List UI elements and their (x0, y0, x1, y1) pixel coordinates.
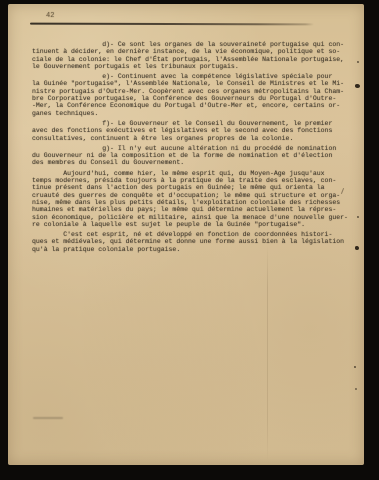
ink-spot (357, 61, 359, 63)
ink-spot (355, 246, 359, 250)
paragraph-f: f)- Le Gouverneur et le Conseil du Gouve… (32, 120, 356, 142)
ink-spot (355, 388, 357, 390)
paragraph-cest: C'est cet esprit, né et développé en fon… (32, 231, 356, 253)
paragraph-aujourdhui: Aujourd'hui, comme hier, le même esprit … (32, 170, 356, 228)
ink-spot (355, 84, 360, 88)
scanned-document-view: 42 d)- Ce sont les organes de la souvera… (0, 0, 379, 480)
ink-spot (357, 216, 359, 218)
text-block: d)- Ce sont les organes de la souveraine… (32, 41, 356, 256)
paragraph-e: e)- Continuent avec la compétence législ… (32, 73, 356, 117)
header-rule (30, 23, 314, 26)
page-number: 42 (46, 12, 54, 20)
ink-spot (354, 366, 356, 368)
paragraph-d: d)- Ce sont les organes de la souveraine… (32, 41, 356, 70)
paragraph-g: g)- Il n'y eut aucune altération ni du p… (32, 145, 356, 167)
paper-fold-line (267, 244, 268, 462)
document-page: 42 d)- Ce sont les organes de la souvera… (8, 4, 364, 465)
ink-smudge (33, 417, 63, 419)
